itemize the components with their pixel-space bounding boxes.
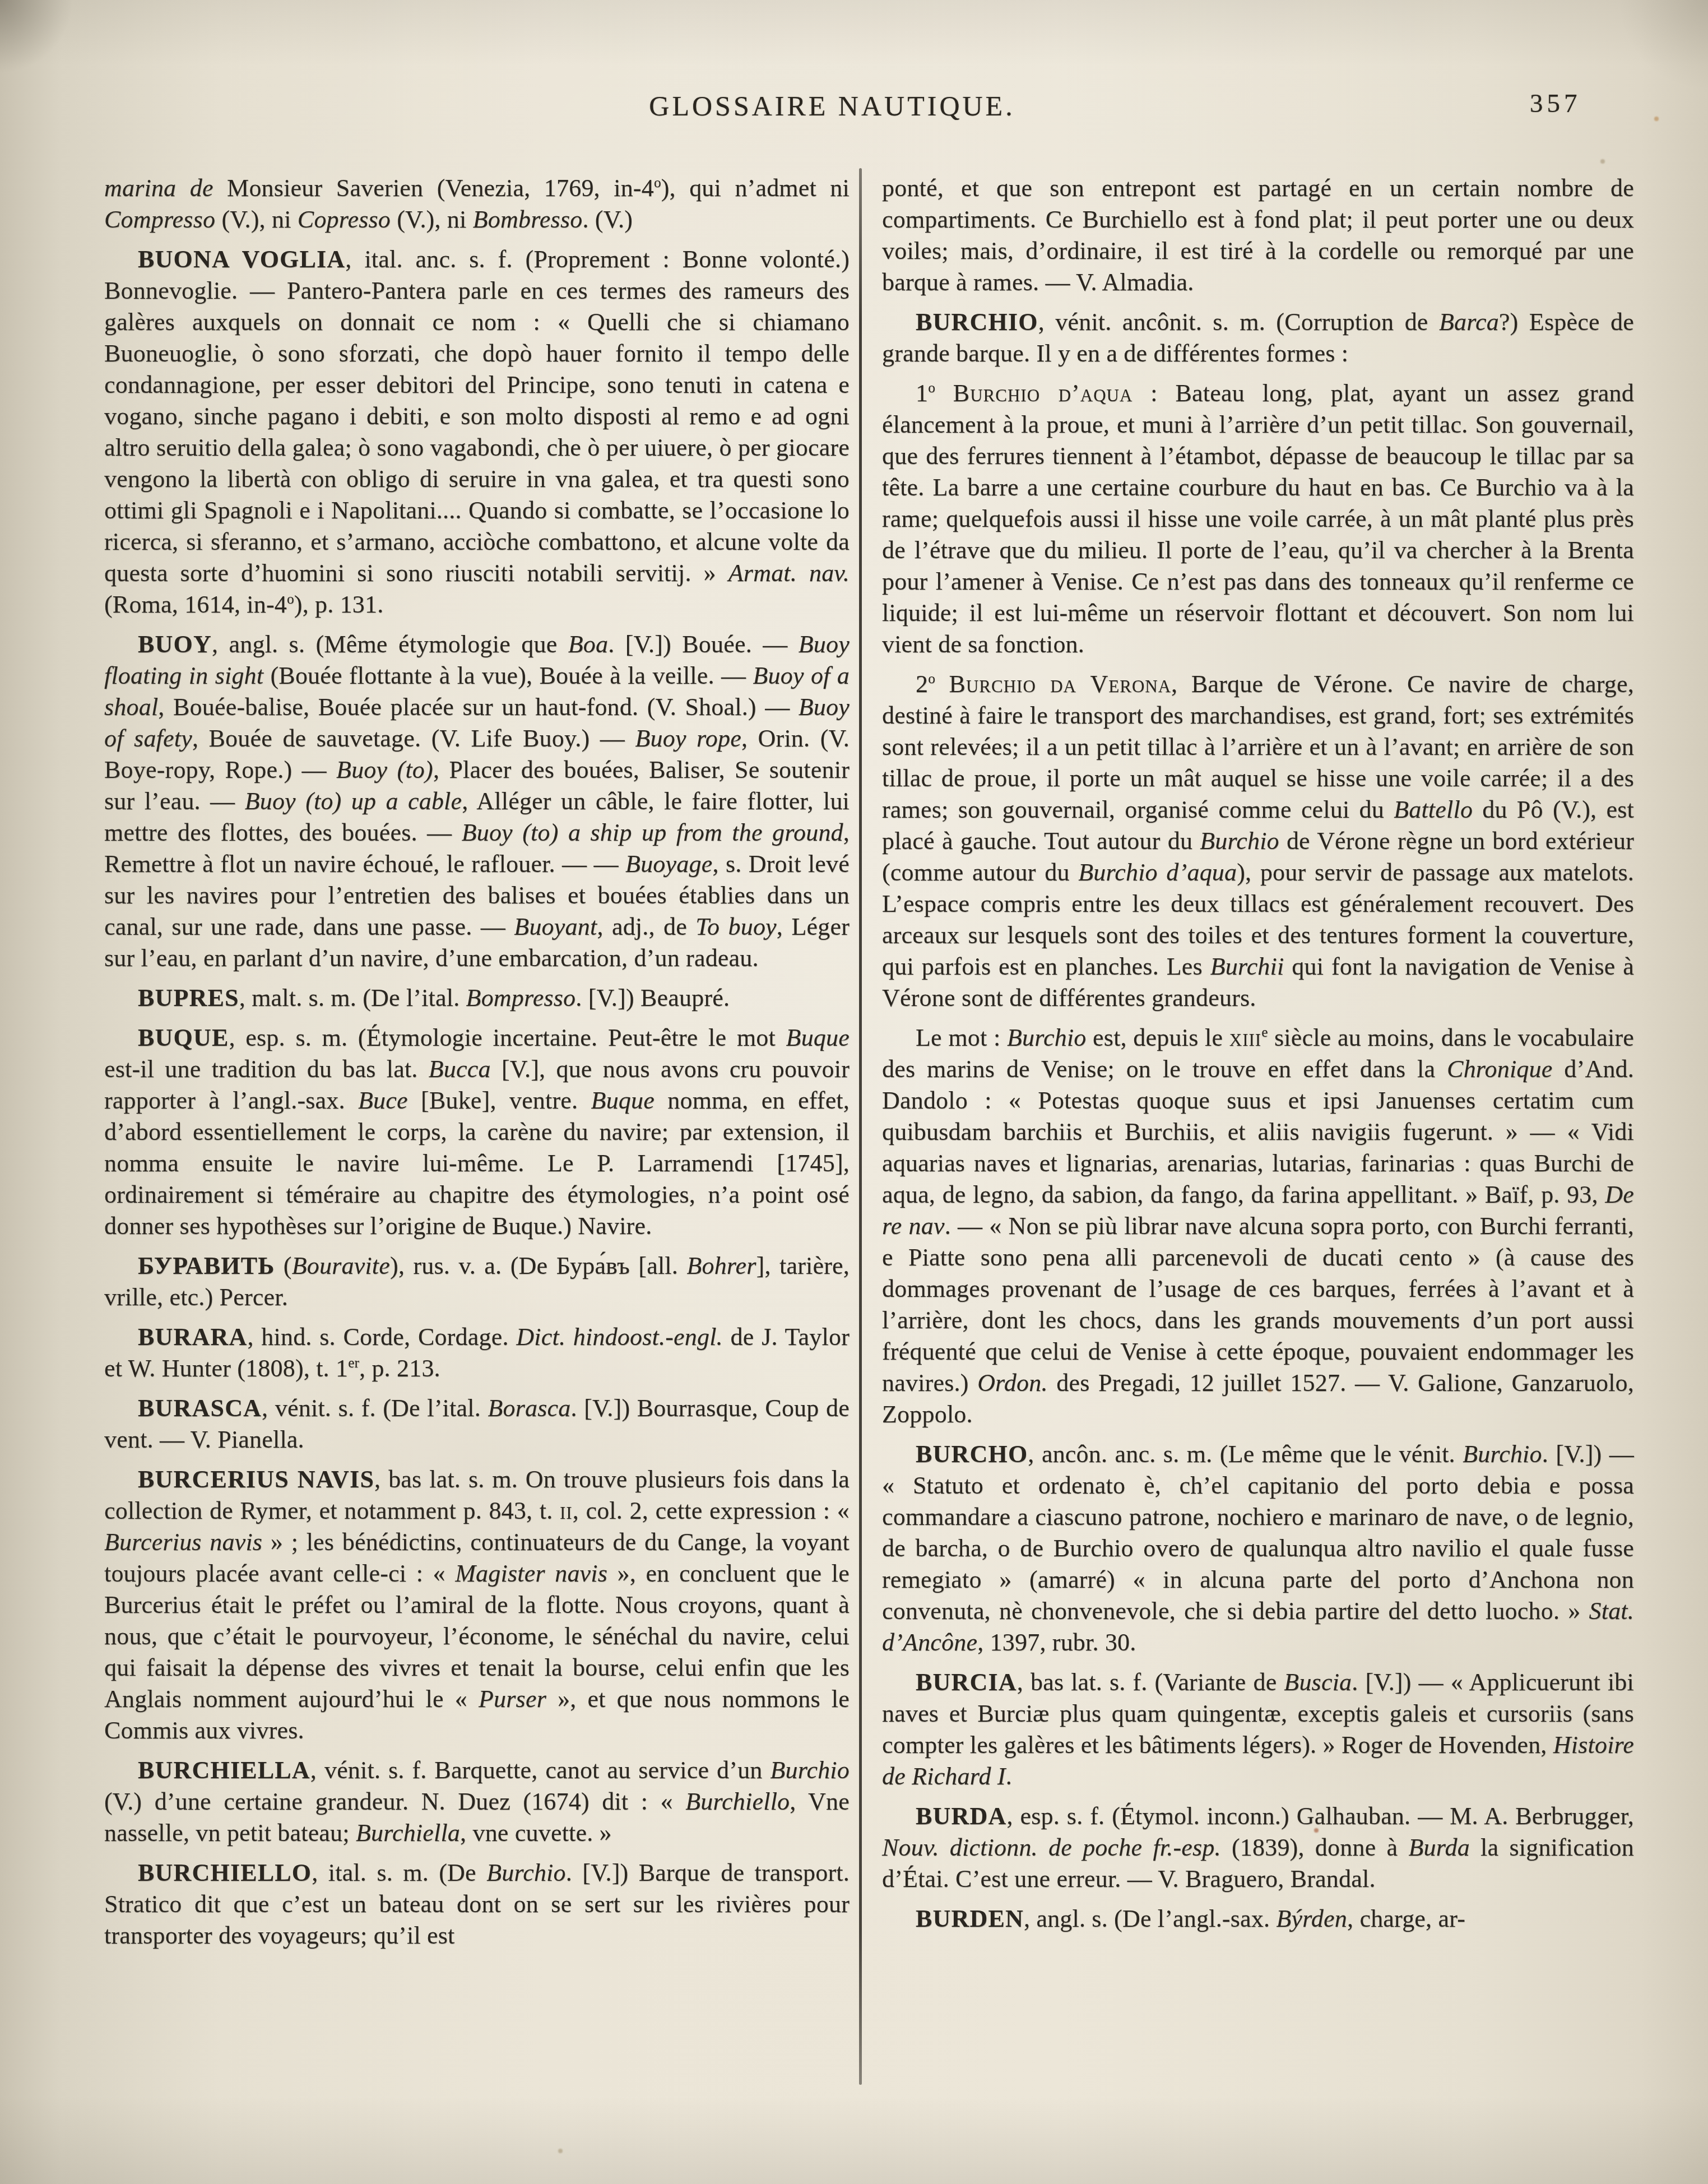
entry-headword: BUPRES xyxy=(138,984,239,1012)
entry-paragraph: BUONA VOGLIA, ital. anc. s. f. (Propreme… xyxy=(104,244,850,620)
entry-headword: BURASCA xyxy=(138,1394,262,1422)
page-number: 357 xyxy=(1530,89,1636,119)
entry-paragraph: BURCHO, ancôn. anc. s. m. (Le même que l… xyxy=(882,1439,1634,1658)
entry-paragraph: BUPRES, malt. s. m. (De l’ital. Bompress… xyxy=(104,982,850,1014)
entry-headword: BURARA xyxy=(138,1323,247,1351)
paper-speck xyxy=(1654,117,1659,121)
entry-paragraph: 1o Burchio d’aqua : Bateau long, plat, a… xyxy=(882,378,1634,660)
entry-headword: BURDEN xyxy=(916,1905,1024,1932)
entry-paragraph: BURDEN, angl. s. (De l’angl.-sax. Býrden… xyxy=(882,1903,1634,1935)
small-caps-text: Burchio da Verona xyxy=(949,670,1172,698)
entry-paragraph: BURCHIO, vénit. ancônit. s. m. (Corrupti… xyxy=(882,307,1634,369)
entry-paragraph: BURCERIUS NAVIS, bas lat. s. m. On trouv… xyxy=(104,1464,850,1746)
entry-paragraph: БУРАВИТЬ (Bouravite), rus. v. a. (De Бур… xyxy=(104,1250,850,1313)
entry-headword: BURCERIUS NAVIS xyxy=(138,1466,374,1493)
small-caps-text: ii xyxy=(560,1497,573,1524)
small-caps-text: Burchio d’aqua xyxy=(953,379,1133,407)
entry-headword: BURCHIELLO xyxy=(138,1859,312,1886)
paper-speck xyxy=(558,2149,563,2153)
entry-headword: BUOY xyxy=(138,630,212,658)
left-column: marina de Monsieur Saverien (Venezia, 17… xyxy=(104,173,850,1951)
entry-paragraph: BUQUE, esp. s. m. (Étymologie incertaine… xyxy=(104,1022,850,1242)
entry-headword: BURCHIELLA xyxy=(138,1756,310,1784)
entry-paragraph: BURDA, esp. s. f. (Étymol. inconn.) Galh… xyxy=(882,1801,1634,1895)
entry-headword: БУРАВИТЬ xyxy=(138,1252,275,1279)
right-column: ponté, et que son entrepont est partagé … xyxy=(882,173,1634,1935)
continuation-paragraph: ponté, et que son entrepont est partagé … xyxy=(882,173,1634,298)
entry-paragraph: BURCHIELLO, ital. s. m. (De Burchio. [V.… xyxy=(104,1857,850,1951)
entry-paragraph: BURCIA, bas lat. s. f. (Variante de Busc… xyxy=(882,1667,1634,1792)
entry-paragraph: BURASCA, vénit. s. f. (De l’ital. Borasc… xyxy=(104,1393,850,1455)
entry-paragraph: Le mot : Burchio est, depuis le xiiie si… xyxy=(882,1022,1634,1430)
continuation-paragraph: marina de Monsieur Saverien (Venezia, 17… xyxy=(104,173,850,235)
entry-headword: BURDA xyxy=(916,1802,1006,1830)
paper-speck xyxy=(1600,159,1605,164)
column-divider xyxy=(859,168,862,2085)
page-scan: GLOSSAIRE NAUTIQUE. 357 marina de Monsie… xyxy=(0,0,1708,2184)
entry-headword: BUONA VOGLIA xyxy=(138,245,345,273)
entry-paragraph: BUOY, angl. s. (Même étymologie que Boa.… xyxy=(104,629,850,974)
entry-paragraph: BURARA, hind. s. Corde, Cordage. Dict. h… xyxy=(104,1321,850,1384)
entry-headword: BUQUE xyxy=(138,1024,229,1051)
entry-headword: BURCIA xyxy=(916,1668,1017,1696)
entry-paragraph: 2o Burchio da Verona, Barque de Vérone. … xyxy=(882,669,1634,1014)
entry-headword: BURCHIO xyxy=(916,308,1038,336)
small-caps-text: xiii xyxy=(1229,1024,1261,1051)
entry-paragraph: BURCHIELLA, vénit. s. f. Barquette, cano… xyxy=(104,1755,850,1849)
entry-headword: BURCHO xyxy=(916,1440,1028,1468)
page-title: GLOSSAIRE NAUTIQUE. xyxy=(67,90,1597,122)
